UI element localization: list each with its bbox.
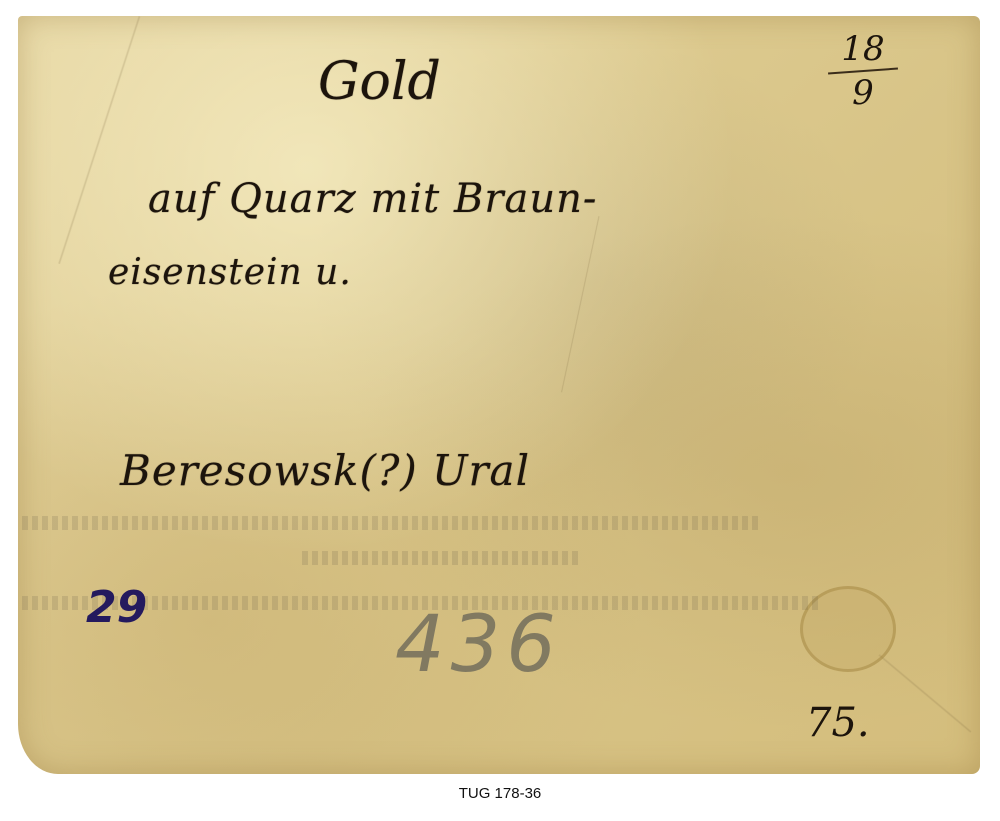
catalog-fraction: 18 9 bbox=[828, 30, 898, 112]
handwritten-title-gold: Gold bbox=[318, 52, 441, 112]
corner-number: 75. bbox=[806, 700, 870, 746]
handwritten-description-line-2: eisenstein u. bbox=[108, 252, 352, 293]
bleed-through-print-line bbox=[18, 516, 758, 530]
pencil-inventory-number: 436 bbox=[395, 600, 562, 690]
paper-crease bbox=[561, 216, 600, 392]
fraction-numerator: 18 bbox=[828, 30, 898, 68]
paper-crease bbox=[58, 16, 141, 264]
blue-ink-number: 29 bbox=[86, 582, 147, 633]
bleed-through-print-line bbox=[298, 551, 578, 565]
fraction-denominator: 9 bbox=[828, 74, 898, 112]
paper-crease bbox=[878, 654, 972, 733]
handwritten-locality: Beresowsk(?) Ural bbox=[120, 446, 530, 495]
handwritten-description-line-1: auf Quarz mit Braun- bbox=[148, 176, 597, 222]
image-caption: TUG 178-36 bbox=[0, 785, 1000, 802]
